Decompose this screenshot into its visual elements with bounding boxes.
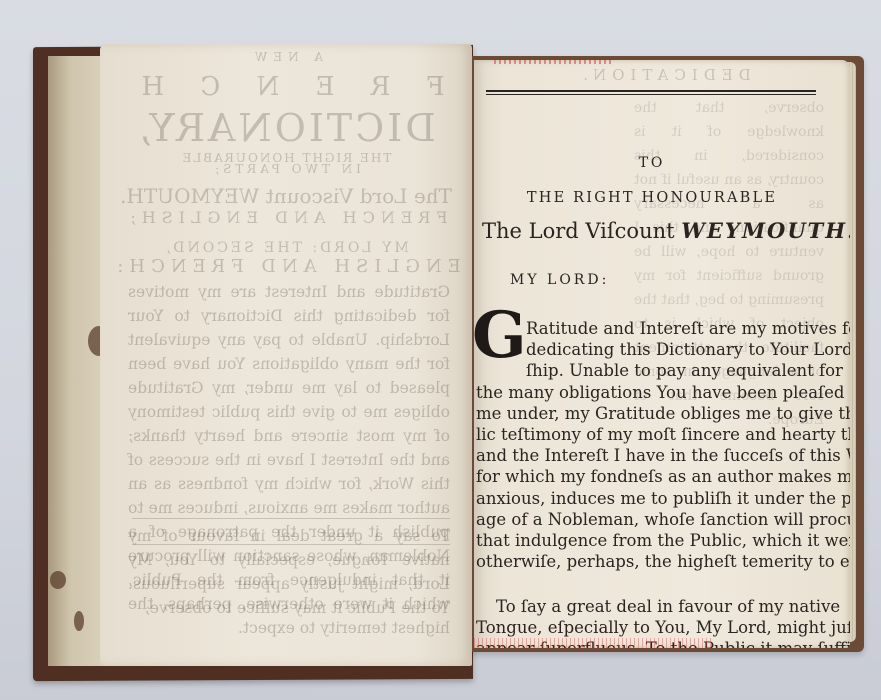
left-page: A NEW F R E N C H DICTIONARY, THE RIGHT … bbox=[100, 44, 472, 666]
dedicatee-prefix: The Lord Viſcount bbox=[482, 219, 681, 243]
dedication-title: THE RIGHT HONOURABLE bbox=[474, 190, 830, 206]
book-photo: A NEW F R E N C H DICTIONARY, THE RIGHT … bbox=[0, 0, 881, 700]
ghost-line: DICTIONARY, bbox=[100, 106, 472, 150]
dedicatee-surname: WEYMOUTH. bbox=[681, 218, 850, 243]
red-page-edge bbox=[494, 60, 614, 64]
ghost-line: The Lord Viscount WEYMOUTH. bbox=[100, 184, 472, 208]
foxing-stain bbox=[74, 611, 84, 631]
text-line: anxious, induces me to publiſh it under … bbox=[476, 488, 816, 509]
text-line: otherwiſe, perhaps, the higheſt temerity… bbox=[476, 551, 816, 572]
text-line: dedicating this Dictionary to Your Lord- bbox=[476, 339, 816, 360]
ghost-line: F R E N C H bbox=[100, 72, 472, 102]
ghost-line: MY LORD: THE SECOND, bbox=[100, 240, 472, 256]
header-rule bbox=[486, 94, 816, 95]
right-page: DEDICATION. observe, that the knowledge … bbox=[474, 60, 850, 648]
ghost-rule bbox=[132, 518, 450, 519]
red-page-edge bbox=[474, 638, 714, 648]
text-line: To ſay a great deal in favour of my nati… bbox=[476, 596, 816, 617]
text-line: and the Intereſt I have in the ſucceſs o… bbox=[476, 445, 816, 466]
foxing-stain bbox=[50, 571, 66, 589]
dedication-to: TO bbox=[474, 155, 830, 171]
ghost-header: DEDICATION. bbox=[564, 66, 764, 84]
ghost-line: FRENCH AND ENGLISH; bbox=[100, 208, 472, 227]
text-line: the many obligations You have been pleaſ… bbox=[476, 382, 816, 403]
paragraph-1: Ratitude and Intereſt are my motives for… bbox=[476, 318, 816, 572]
ghost-rule bbox=[132, 544, 450, 545]
text-line: ſhip. Unable to pay any equivalent for bbox=[476, 360, 816, 381]
text-line: lic teſtimony of my moſt ſincere and hea… bbox=[476, 424, 816, 445]
text-line: Ratitude and Intereſt are my motives for bbox=[476, 318, 816, 339]
dedicatee-name: The Lord Viſcount WEYMOUTH. bbox=[482, 218, 827, 243]
salutation: MY LORD: bbox=[510, 272, 609, 288]
ghost-line: ENGLISH AND FRENCH: bbox=[100, 256, 472, 277]
text-line: age of a Nobleman, whoſe ſanction will p… bbox=[476, 509, 816, 530]
text-line: Tongue, eſpecially to You, My Lord, migh… bbox=[476, 617, 816, 638]
header-rule bbox=[486, 90, 816, 92]
ghost-line: A NEW bbox=[100, 50, 472, 64]
text-line: that indulgence from the Public, which i… bbox=[476, 530, 816, 551]
text-line: for which my fondneſs as an author makes… bbox=[476, 466, 816, 487]
text-line: me under, my Gratitude obliges me to giv… bbox=[476, 403, 816, 424]
ghost-line: IN TWO PARTS; bbox=[100, 162, 472, 176]
ghost-body: To say a great deal in favour of my nati… bbox=[128, 524, 450, 620]
